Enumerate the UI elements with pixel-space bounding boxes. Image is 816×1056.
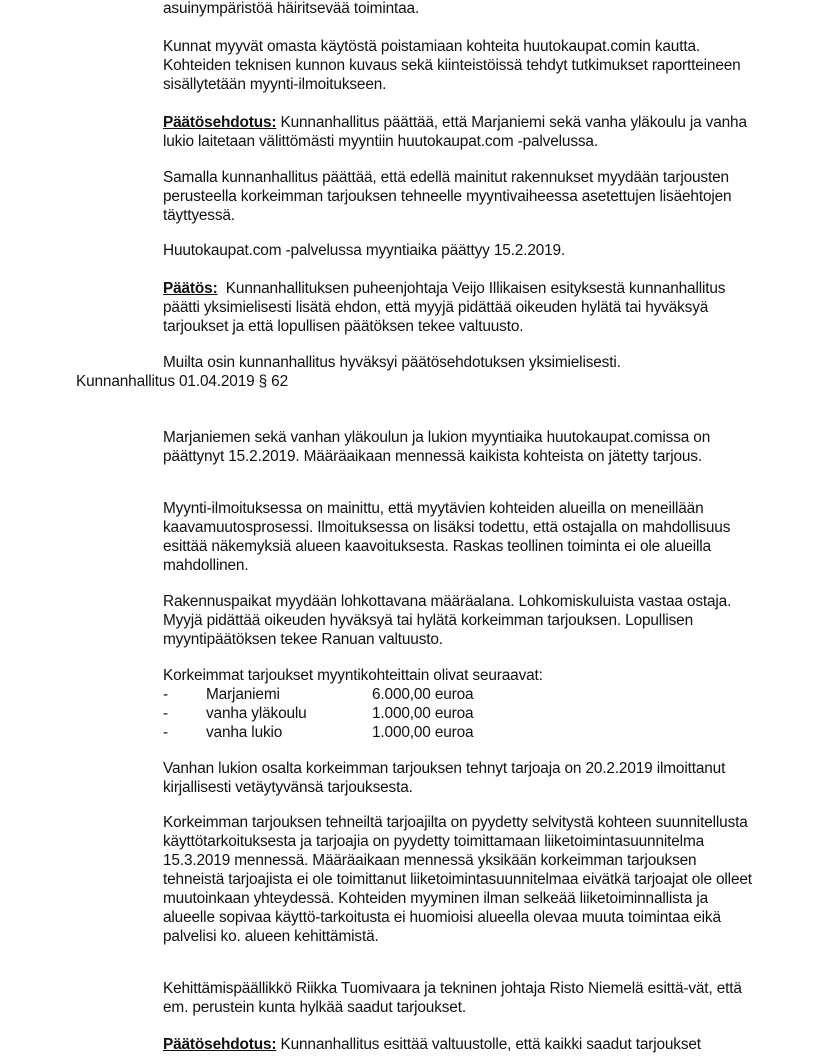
- decision-label: Päätös:: [163, 280, 218, 297]
- paragraph-text: Marjaniemen sekä vanhan yläkoulun ja luk…: [163, 428, 753, 466]
- bid-amount: 6.000,00 euroa: [372, 685, 473, 704]
- paragraph-kehittamis: Kehittämispäällikkö Riikka Tuomivaara ja…: [163, 979, 753, 1017]
- proposal-text: Kunnanhallitus esittää valtuustolle, ett…: [276, 1036, 701, 1053]
- section-heading: Kunnanhallitus 01.04.2019 § 62: [76, 372, 676, 391]
- paragraph-vanhan: Vanhan lukion osalta korkeimman tarjouks…: [163, 759, 753, 797]
- bid-item: vanha yläkoulu: [206, 704, 372, 723]
- document-page: asuinympäristöä häiritsevää toimintaa. K…: [0, 0, 816, 1056]
- paragraph-text: Korkeimmat tarjoukset myyntikohteittain …: [163, 666, 753, 685]
- bid-amount: 1.000,00 euroa: [372, 723, 473, 742]
- paragraph-rakennuspaikat: Rakennuspaikat myydään lohkottavana määr…: [163, 592, 753, 649]
- paragraph-intro-tail: asuinympäristöä häiritsevää toimintaa.: [163, 0, 753, 18]
- bid-item: vanha lukio: [206, 723, 372, 742]
- proposal-label: Päätösehdotus:: [163, 1036, 276, 1053]
- paragraph-huutokaupat: Huutokaupat.com -palvelussa myyntiaika p…: [163, 241, 753, 260]
- decision-paragraph-1: Päätös: Kunnanhallituksen puheenjohtaja …: [163, 279, 753, 336]
- paragraph-text: Rakennuspaikat myydään lohkottavana määr…: [163, 592, 753, 649]
- paragraph-text: Kunnat myyvät omasta käytöstä poistamiaa…: [163, 37, 753, 94]
- paragraph-text: Vanhan lukion osalta korkeimman tarjouks…: [163, 759, 753, 797]
- paragraph-text: Kehittämispäällikkö Riikka Tuomivaara ja…: [163, 979, 753, 1017]
- paragraph-text: Päätösehdotus: Kunnanhallitus päättää, e…: [163, 113, 753, 151]
- bids-intro: Korkeimmat tarjoukset myyntikohteittain …: [163, 666, 753, 685]
- paragraph-text: Myynti-ilmoituksessa on mainittu, että m…: [163, 499, 753, 575]
- paragraph-text: Huutokaupat.com -palvelussa myyntiaika p…: [163, 241, 753, 260]
- paragraph-text: asuinympäristöä häiritsevää toimintaa.: [163, 0, 753, 18]
- list-item: - vanha yläkoulu 1.000,00 euroa: [163, 704, 753, 723]
- paragraph-myynti: Myynti-ilmoituksessa on mainittu, että m…: [163, 499, 753, 575]
- paragraph-text: Muilta osin kunnanhallitus hyväksyi päät…: [163, 353, 753, 372]
- list-dash: -: [163, 704, 206, 723]
- bid-item: Marjaniemi: [206, 685, 372, 704]
- paragraph-text: Päätösehdotus: Kunnanhallitus esittää va…: [163, 1035, 753, 1054]
- list-item: - Marjaniemi 6.000,00 euroa: [163, 685, 753, 704]
- paragraph-samalla: Samalla kunnanhallitus päättää, että ede…: [163, 168, 753, 225]
- paragraph-muilta: Muilta osin kunnanhallitus hyväksyi päät…: [163, 353, 753, 372]
- paragraph-text: Samalla kunnanhallitus päättää, että ede…: [163, 168, 753, 225]
- list-dash: -: [163, 723, 206, 742]
- paragraph-marjaniemen: Marjaniemen sekä vanhan yläkoulun ja luk…: [163, 428, 753, 466]
- section-heading-text: Kunnanhallitus 01.04.2019 § 62: [76, 372, 676, 391]
- proposal-paragraph-2: Päätösehdotus: Kunnanhallitus esittää va…: [163, 1035, 753, 1054]
- proposal-paragraph-1: Päätösehdotus: Kunnanhallitus päättää, e…: [163, 113, 753, 151]
- paragraph-text: Päätös: Kunnanhallituksen puheenjohtaja …: [163, 279, 753, 336]
- paragraph-korkeimman: Korkeimman tarjouksen tehneiltä tarjoaji…: [163, 813, 753, 946]
- paragraph-text: Korkeimman tarjouksen tehneiltä tarjoaji…: [163, 813, 753, 946]
- paragraph-kunnat: Kunnat myyvät omasta käytöstä poistamiaa…: [163, 37, 753, 94]
- decision-text: Kunnanhallituksen puheenjohtaja Veijo Il…: [163, 280, 730, 335]
- bid-amount: 1.000,00 euroa: [372, 704, 473, 723]
- bids-list: - Marjaniemi 6.000,00 euroa - vanha yläk…: [163, 685, 753, 742]
- list-item: - vanha lukio 1.000,00 euroa: [163, 723, 753, 742]
- list-dash: -: [163, 685, 206, 704]
- proposal-label: Päätösehdotus:: [163, 114, 276, 131]
